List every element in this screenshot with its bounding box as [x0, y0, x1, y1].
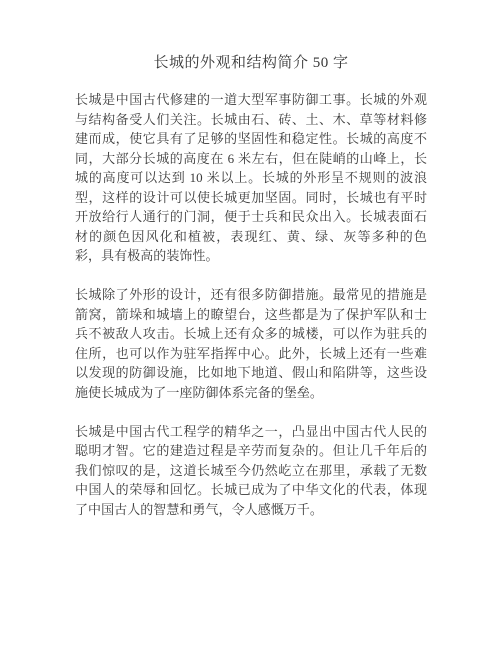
- document-title: 长城的外观和结构简介 50 字: [75, 52, 427, 74]
- document-page: 长城的外观和结构简介 50 字 长城是中国古代修建的一道大型军事防御工事。长城的…: [0, 0, 500, 647]
- paragraph-appearance-structure: 长城是中国古代修建的一道大型军事防御工事。长城的外观与结构备受人们关注。长城由石…: [75, 90, 427, 266]
- paragraph-cultural-significance: 长城是中国古代工程学的精华之一，凸显出中国古代人民的聪明才智。它的建造过程是辛劳…: [75, 422, 427, 520]
- paragraph-defense-measures: 长城除了外形的设计，还有很多防御措施。最常见的措施是箭窝，箭垛和城墙上的瞭望台，…: [75, 285, 427, 402]
